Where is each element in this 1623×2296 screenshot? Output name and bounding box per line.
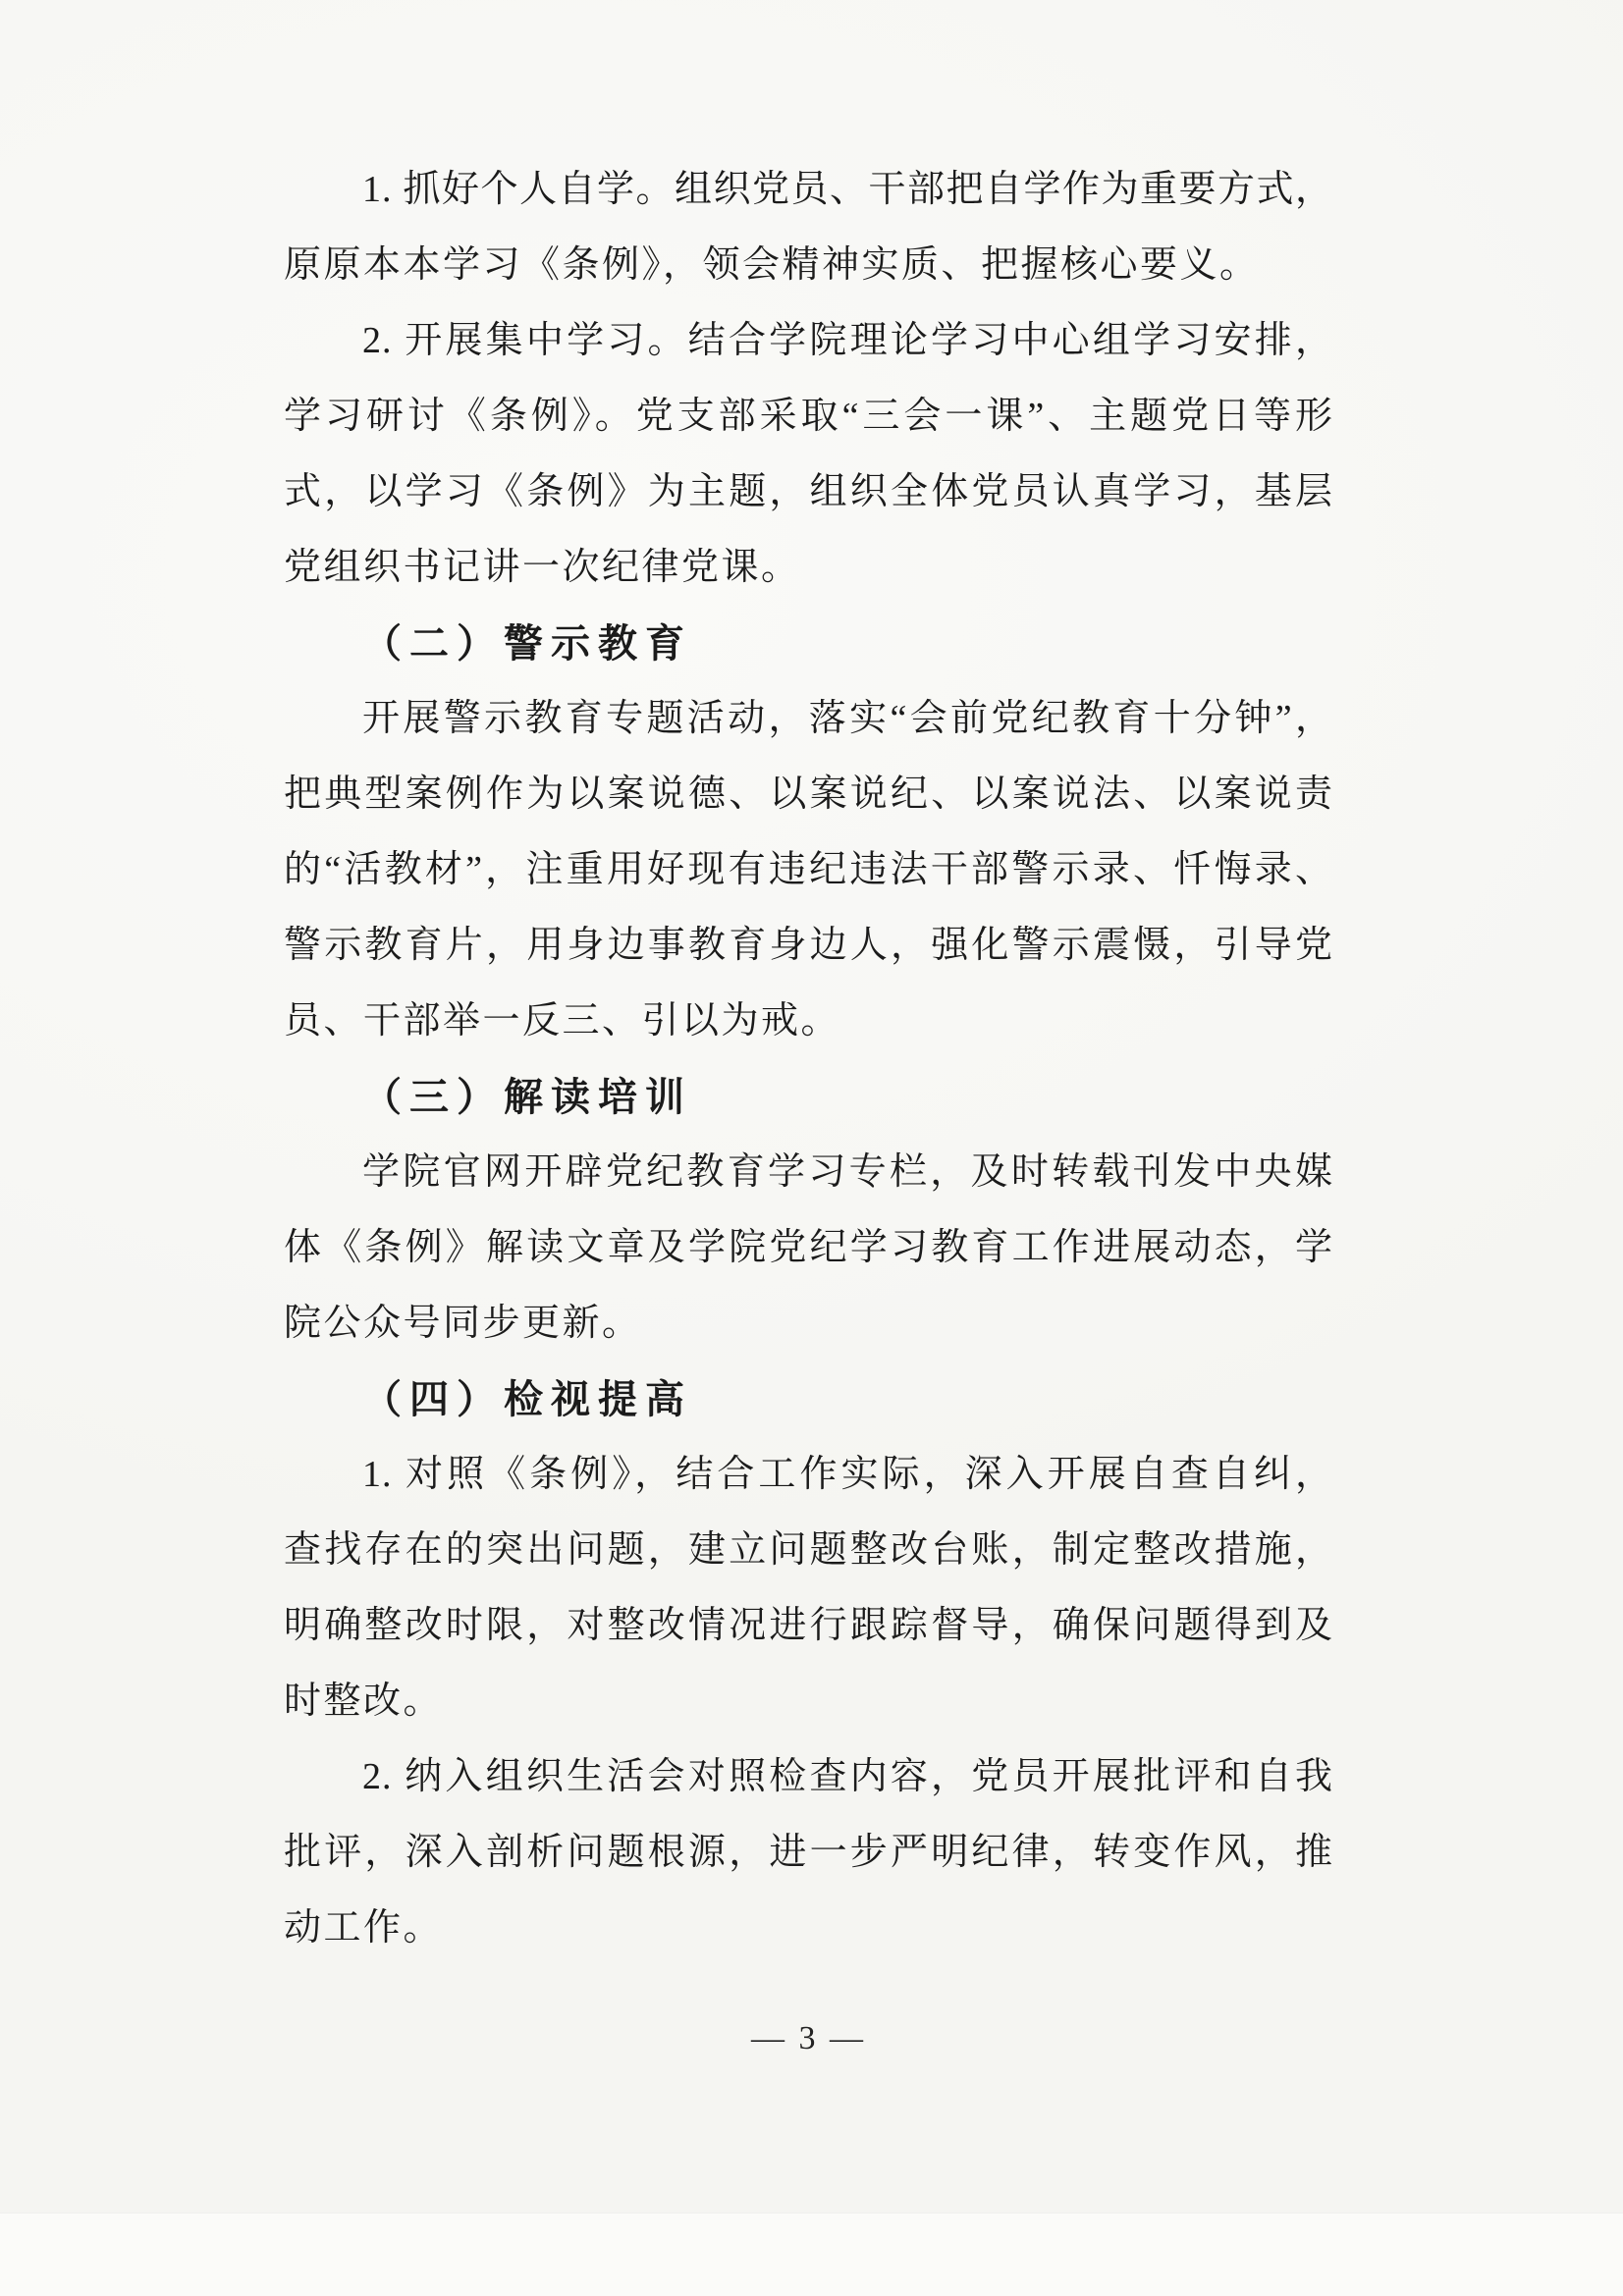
text-line: 员、干部举一反三、引以为戒。 <box>284 984 1333 1059</box>
text-line: 2. 开展集中学习。结合学院理论学习中心组学习安排， <box>284 303 1333 379</box>
text-line: 时整改。 <box>284 1664 1333 1739</box>
text-line: 学院官网开辟党纪教育学习专栏，及时转载刊发中央媒 <box>284 1135 1333 1210</box>
document-body: 1. 抓好个人自学。组织党员、干部把自学作为重要方式， 原原本本学习《条例》，领… <box>284 152 1333 1966</box>
text-line: 学习研讨《条例》。党支部采取“三会一课”、主题党日等形 <box>284 379 1333 454</box>
text-line: 2. 纳入组织生活会对照检查内容，党员开展批评和自我 <box>284 1739 1333 1815</box>
text-line: 把典型案例作为以案说德、以案说纪、以案说法、以案说责 <box>284 757 1333 832</box>
text-line: 明确整改时限，对整改情况进行跟踪督导，确保问题得到及 <box>284 1588 1333 1664</box>
page-number: — 3 — <box>284 2020 1333 2057</box>
text-line: 院公众号同步更新。 <box>284 1286 1333 1362</box>
text-line: 批评，深入剖析问题根源，进一步严明纪律，转变作风，推 <box>284 1815 1333 1891</box>
text-line: 式，以学习《条例》为主题，组织全体党员认真学习，基层 <box>284 454 1333 530</box>
section-heading: （三）解读培训 <box>284 1059 1333 1135</box>
text-line: 党组织书记讲一次纪律党课。 <box>284 530 1333 606</box>
text-line: 警示教育片，用身边事教育身边人，强化警示震慑，引导党 <box>284 908 1333 984</box>
section-heading: （二）警示教育 <box>284 606 1333 681</box>
scan-edge-strip <box>0 2213 1623 2296</box>
text-line: 体《条例》解读文章及学院党纪学习教育工作进展动态，学 <box>284 1210 1333 1286</box>
document-page: 1. 抓好个人自学。组织党员、干部把自学作为重要方式， 原原本本学习《条例》，领… <box>0 0 1623 2296</box>
text-line: 开展警示教育专题活动，落实“会前党纪教育十分钟”， <box>284 681 1333 757</box>
text-line: 查找存在的突出问题，建立问题整改台账，制定整改措施， <box>284 1513 1333 1588</box>
text-line: 1. 抓好个人自学。组织党员、干部把自学作为重要方式， <box>284 152 1333 228</box>
text-line: 1. 对照《条例》，结合工作实际，深入开展自查自纠， <box>284 1437 1333 1513</box>
text-line: 原原本本学习《条例》，领会精神实质、把握核心要义。 <box>284 228 1333 303</box>
section-heading: （四）检视提高 <box>284 1362 1333 1437</box>
text-line: 的“活教材”，注重用好现有违纪违法干部警示录、忏悔录、 <box>284 832 1333 908</box>
text-line: 动工作。 <box>284 1891 1333 1966</box>
